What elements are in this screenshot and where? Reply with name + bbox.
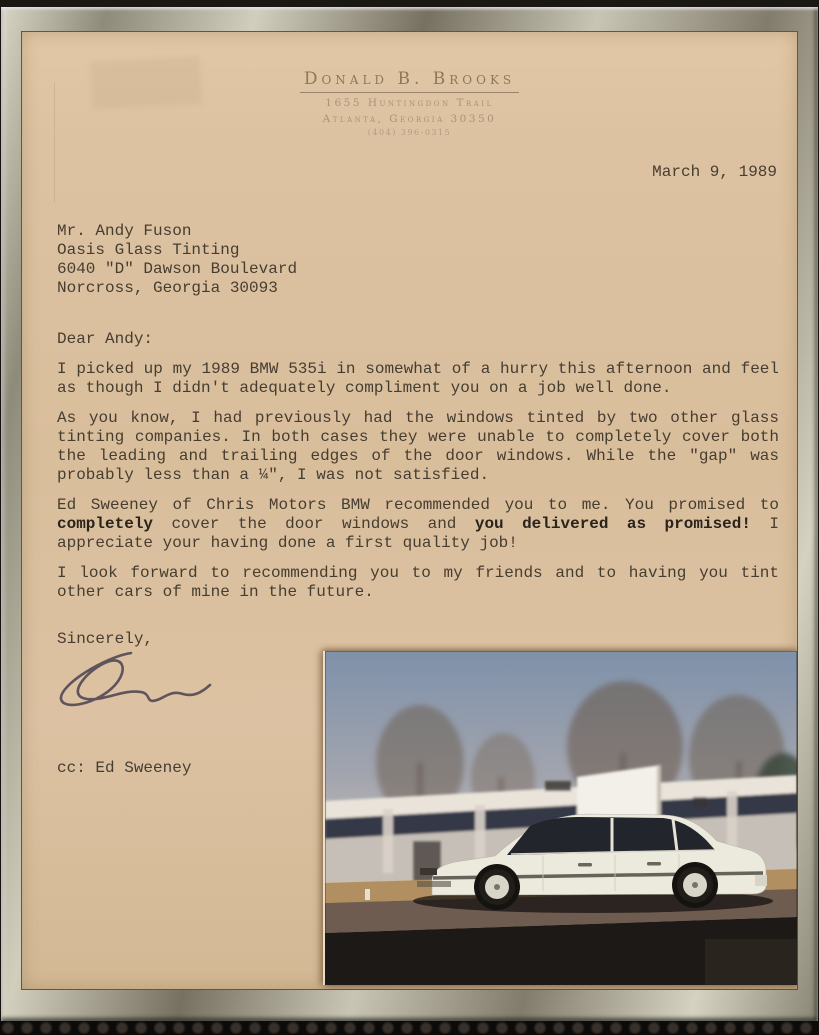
paragraph-3-bold-completely: completely xyxy=(57,515,153,533)
recipient-address: Mr. Andy Fuson Oasis Glass Tinting 6040 … xyxy=(57,222,779,298)
letterhead-city: Atlanta, Georgia 30350 xyxy=(21,113,798,125)
paragraph-4: I look forward to recommending you to my… xyxy=(57,564,779,602)
letter-body: March 9, 1989 Mr. Andy Fuson Oasis Glass… xyxy=(57,163,779,649)
paragraph-1: I picked up my 1989 BMW 535i in somewhat… xyxy=(57,360,779,398)
letterhead-street: 1655 Huntingdon Trail xyxy=(21,97,798,109)
recipient-name: Mr. Andy Fuson xyxy=(57,222,779,241)
signature-scrawl xyxy=(35,647,215,722)
recipient-company: Oasis Glass Tinting xyxy=(57,241,779,260)
letterhead: Donald B. Brooks 1655 Huntingdon Trail A… xyxy=(21,69,798,137)
backdrop-texture xyxy=(0,1019,819,1035)
letterhead-phone: (404) 396-0315 xyxy=(21,128,798,137)
picture-frame: Donald B. Brooks 1655 Huntingdon Trail A… xyxy=(1,7,818,1021)
cc-line: cc: Ed Sweeney xyxy=(57,759,191,777)
photo-scene xyxy=(325,651,797,985)
paragraph-3: Ed Sweeney of Chris Motors BMW recommend… xyxy=(57,496,779,553)
paragraph-3-bold-promised: you delivered as promised! xyxy=(475,515,751,533)
recipient-city: Norcross, Georgia 30093 xyxy=(57,279,779,298)
letter-paper: Donald B. Brooks 1655 Huntingdon Trail A… xyxy=(21,31,798,990)
photo-hydrant xyxy=(365,889,370,900)
framed-letter-photo: Donald B. Brooks 1655 Huntingdon Trail A… xyxy=(0,0,819,1035)
salutation: Dear Andy: xyxy=(57,330,779,349)
photo-asphalt-patch xyxy=(705,939,797,985)
paragraph-2: As you know, I had previously had the wi… xyxy=(57,409,779,485)
paragraph-3-seg1: Ed Sweeney of Chris Motors BMW recommend… xyxy=(57,496,779,514)
date-line: March 9, 1989 xyxy=(57,163,779,182)
paragraph-3-seg3: cover the door windows and xyxy=(153,515,475,533)
bmw-photograph xyxy=(323,651,797,985)
letterhead-name: Donald B. Brooks xyxy=(300,69,519,93)
recipient-street: 6040 "D" Dawson Boulevard xyxy=(57,260,779,279)
